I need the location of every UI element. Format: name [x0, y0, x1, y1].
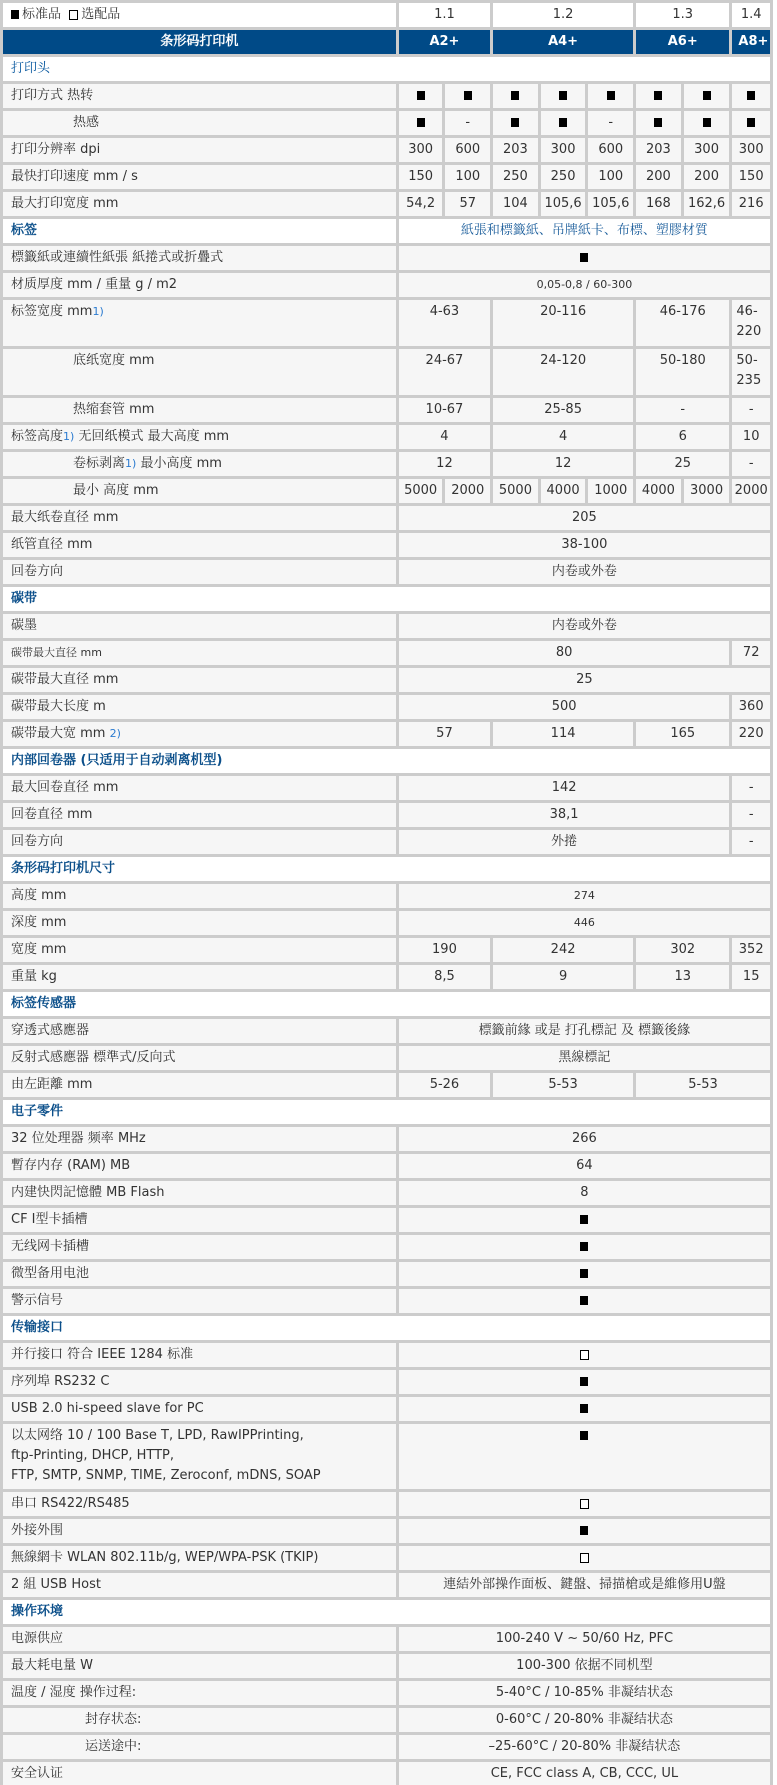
cell-value: 64	[399, 1154, 770, 1178]
version-a6: 1.3	[636, 3, 729, 27]
cell-value: 5-53	[636, 1073, 770, 1097]
table-row: 32 位处理器 频率 MHz 266	[3, 1127, 770, 1151]
cell-value: 標籤前緣 或是 打孔標記 及 標籤後緣	[399, 1019, 770, 1043]
section-labels: 标签 紙張和標籤紙、吊牌紙卡、布標、塑膠材質	[3, 219, 770, 243]
cell-value: 100	[588, 165, 633, 189]
cell-value: 300	[541, 138, 586, 162]
footnote-marker: 2)	[110, 727, 121, 740]
cell-value: 300	[732, 138, 770, 162]
cell-value: 300	[684, 138, 730, 162]
table-row: 内建快閃記憶體 MB Flash 8	[3, 1181, 770, 1205]
table-row: 微型备用电池	[3, 1262, 770, 1286]
cell-value: 105,6	[588, 192, 633, 216]
cell-value: 10	[732, 425, 770, 449]
row-label: 最大打印宽度 mm	[3, 192, 396, 216]
cell-value: 8	[399, 1181, 770, 1205]
table-row: 碳带最大直径 mm 80 72	[3, 641, 770, 665]
cell-value: 203	[636, 138, 681, 162]
table-row: 回卷方向 内卷或外卷	[3, 560, 770, 584]
cell-value: -	[732, 830, 770, 854]
cell-value: 190	[399, 938, 490, 962]
section-title: 内部回卷器 (只适用于自动剥离机型)	[3, 749, 770, 773]
header-title: 条形码打印机	[3, 30, 396, 54]
section-title: 碳带	[3, 587, 770, 611]
cell-value: 165	[636, 722, 729, 746]
cell-value: 24-67	[399, 349, 490, 395]
row-label: 暫存内存 (RAM) MB	[3, 1154, 396, 1178]
model-a6: A6+	[636, 30, 729, 54]
cell-value: 4-63	[399, 300, 490, 346]
cell-value: 54,2	[399, 192, 443, 216]
section-sensors: 标签传感器	[3, 992, 770, 1016]
cell-value: 600	[445, 138, 490, 162]
cell-value: 24-120	[493, 349, 633, 395]
row-label: CF I型卡插槽	[3, 1208, 396, 1232]
row-label: 序列埠 RS232 C	[3, 1370, 396, 1394]
table-row: 最大耗电量 W 100-300 依据不同机型	[3, 1654, 770, 1678]
cell-value: 72	[732, 641, 770, 665]
table-row: 并行接口 符合 IEEE 1284 标准	[3, 1343, 770, 1367]
row-label: 最大纸卷直径 mm	[3, 506, 396, 530]
table-row: 卷标剥离1) 最小高度 mm 12 12 25 -	[3, 452, 770, 476]
row-label: 反射式感應器 標準式/反向式	[3, 1046, 396, 1070]
row-label: 最大耗电量 W	[3, 1654, 396, 1678]
cell-value: 20-116	[493, 300, 633, 346]
row-label: 封存状态:	[3, 1708, 396, 1732]
cell-value: 220	[732, 722, 770, 746]
cell-value: 外捲	[399, 830, 730, 854]
cell-value: 5-40°C / 10-85% 非凝结状态	[399, 1681, 770, 1705]
cell-value: 200	[684, 165, 730, 189]
standard-square-icon	[684, 111, 730, 135]
table-row: 最大纸卷直径 mm 205	[3, 506, 770, 530]
row-label: 碳带最大直径 mm	[3, 668, 396, 692]
standard-square-icon	[399, 1397, 770, 1421]
footnote-marker: 1)	[125, 457, 136, 470]
table-row: 回卷方向 外捲 -	[3, 830, 770, 854]
table-row: 外接外围	[3, 1519, 770, 1543]
row-label: 打印方式 热转	[3, 84, 396, 108]
cell-value: 266	[399, 1127, 770, 1151]
cell-value: 4000	[541, 479, 586, 503]
standard-square-icon	[399, 246, 770, 270]
cell-value: 242	[493, 938, 633, 962]
section-title: 打印头	[3, 57, 770, 81]
row-label: 卷标剥离1) 最小高度 mm	[3, 452, 396, 476]
cell-value: CE, FCC class A, CB, CCC, UL	[399, 1762, 770, 1785]
model-a4: A4+	[493, 30, 633, 54]
standard-square-icon	[399, 1235, 770, 1259]
cell-value: 5000	[399, 479, 443, 503]
cell-value: 25	[636, 452, 729, 476]
table-row: 標籤紙或連續性紙張 紙捲式或折疊式	[3, 246, 770, 270]
table-row: 深度 mm 446	[3, 911, 770, 935]
table-row: 碳墨 内卷或外卷	[3, 614, 770, 638]
cell-value: 0-60°C / 20-80% 非凝结状态	[399, 1708, 770, 1732]
table-row: 热缩套管 mm 10-67 25-85 - -	[3, 398, 770, 422]
standard-square-icon	[399, 1519, 770, 1543]
standard-square-icon	[684, 84, 730, 108]
table-row: 封存状态: 0-60°C / 20-80% 非凝结状态	[3, 1708, 770, 1732]
standard-square-icon	[399, 1370, 770, 1394]
cell-value: 38,1	[399, 803, 730, 827]
cell-value: 203	[493, 138, 538, 162]
cell-value: 446	[399, 911, 770, 935]
row-label: 微型备用电池	[3, 1262, 396, 1286]
cell-value: 3000	[684, 479, 730, 503]
section-printhead: 打印头	[3, 57, 770, 81]
table-row: 热感 - -	[3, 111, 770, 135]
row-label: 32 位处理器 频率 MHz	[3, 1127, 396, 1151]
table-row: 无线网卡插槽	[3, 1235, 770, 1259]
row-label: 温度 / 湿度 操作过程:	[3, 1681, 396, 1705]
cell-value: 142	[399, 776, 730, 800]
cell-value: 内卷或外卷	[399, 614, 770, 638]
standard-square-icon	[399, 1424, 770, 1489]
row-label: 最大回卷直径 mm	[3, 776, 396, 800]
cell-value: 100-240 V ~ 50/60 Hz, PFC	[399, 1627, 770, 1651]
version-a8: 1.4	[732, 3, 770, 27]
cell-value: 150	[732, 165, 770, 189]
table-row: 警示信号	[3, 1289, 770, 1313]
cell-value: 168	[636, 192, 681, 216]
section-dimensions: 条形码打印机尺寸	[3, 857, 770, 881]
optional-square-icon	[399, 1546, 770, 1570]
row-label: 回卷方向	[3, 830, 396, 854]
cell-value: 38-100	[399, 533, 770, 557]
table-row: 宽度 mm 190 242 302 352	[3, 938, 770, 962]
legend-cell: 标准品 选配品	[3, 3, 396, 27]
section-interfaces: 传输接口	[3, 1316, 770, 1340]
cell-value: 57	[445, 192, 490, 216]
cell-value: 黑線標記	[399, 1046, 770, 1070]
standard-square-icon	[588, 84, 633, 108]
cell-value: 2000	[445, 479, 490, 503]
header-row: 条形码打印机 A2+ A4+ A6+ A8+	[3, 30, 770, 54]
row-label: 底纸宽度 mm	[3, 349, 396, 395]
section-title: 操作环境	[3, 1600, 770, 1624]
cell-value: 25-85	[493, 398, 633, 422]
row-label: 外接外围	[3, 1519, 396, 1543]
row-label: 2 組 USB Host	[3, 1573, 396, 1597]
table-row: 無線網卡 WLAN 802.11b/g, WEP/WPA-PSK (TKIP)	[3, 1546, 770, 1570]
row-label: 最快打印速度 mm / s	[3, 165, 396, 189]
section-title: 标签	[3, 219, 396, 243]
table-row: 碳带最大直径 mm 25	[3, 668, 770, 692]
standard-square-icon	[399, 111, 443, 135]
cell-value: 600	[588, 138, 633, 162]
cell-value: 114	[493, 722, 633, 746]
table-row: 打印方式 热转	[3, 84, 770, 108]
cell-value: 9	[493, 965, 633, 989]
row-label: 材质厚度 mm / 重量 g / m2	[3, 273, 396, 297]
standard-square-icon	[541, 84, 586, 108]
standard-square-icon	[445, 84, 490, 108]
optional-square-icon	[399, 1492, 770, 1516]
cell-value: 200	[636, 165, 681, 189]
row-label: 回卷方向	[3, 560, 396, 584]
row-label: USB 2.0 hi-speed slave for PC	[3, 1397, 396, 1421]
row-label: 标签宽度 mm1)	[3, 300, 396, 346]
footnote-marker: 1)	[92, 305, 103, 318]
cell-value: 105,6	[541, 192, 586, 216]
cell-value: 162,6	[684, 192, 730, 216]
cell-value: -	[636, 398, 729, 422]
table-row: 温度 / 湿度 操作过程: 5-40°C / 10-85% 非凝结状态	[3, 1681, 770, 1705]
row-label: 最小 高度 mm	[3, 479, 396, 503]
standard-square-icon	[493, 84, 538, 108]
cell-value: 100-300 依据不同机型	[399, 1654, 770, 1678]
table-row: USB 2.0 hi-speed slave for PC	[3, 1397, 770, 1421]
cell-value: 57	[399, 722, 490, 746]
cell-value: -	[732, 803, 770, 827]
row-label: 标签高度1) 无回纸模式 最大高度 mm	[3, 425, 396, 449]
table-row: 打印分辨率 dpi 300 600 203 300 600 203 300 30…	[3, 138, 770, 162]
cell-value: 46-220	[732, 300, 770, 346]
cell-value: 50-235	[732, 349, 770, 395]
cell-value: 216	[732, 192, 770, 216]
cell-value: 4000	[636, 479, 681, 503]
cell-value: 274	[399, 884, 770, 908]
table-row: 回卷直径 mm 38,1 -	[3, 803, 770, 827]
standard-square-icon	[399, 84, 443, 108]
table-row: 碳带最大宽 mm 2) 57 114 165 220	[3, 722, 770, 746]
standard-square-icon	[493, 111, 538, 135]
section-title: 电子零件	[3, 1100, 770, 1124]
row-label: 宽度 mm	[3, 938, 396, 962]
cell-value: 46-176	[636, 300, 729, 346]
standard-square-icon	[732, 111, 770, 135]
table-row: 暫存内存 (RAM) MB 64	[3, 1154, 770, 1178]
cell-value: -	[445, 111, 490, 135]
row-label: 深度 mm	[3, 911, 396, 935]
row-label: 打印分辨率 dpi	[3, 138, 396, 162]
optional-square-icon	[399, 1343, 770, 1367]
row-label: 内建快閃記憶體 MB Flash	[3, 1181, 396, 1205]
row-label: 以太网络 10 / 100 Base T, LPD, RawIPPrinting…	[3, 1424, 396, 1489]
row-label: 穿透式感應器	[3, 1019, 396, 1043]
table-row: 高度 mm 274	[3, 884, 770, 908]
cell-value: 500	[399, 695, 730, 719]
table-row: 以太网络 10 / 100 Base T, LPD, RawIPPrinting…	[3, 1424, 770, 1489]
row-label: 电源供应	[3, 1627, 396, 1651]
section-rewinder: 内部回卷器 (只适用于自动剥离机型)	[3, 749, 770, 773]
row-label: 由左距離 mm	[3, 1073, 396, 1097]
table-row: 重量 kg 8,5 9 13 15	[3, 965, 770, 989]
row-label: 运送途中:	[3, 1735, 396, 1759]
row-label: 無線網卡 WLAN 802.11b/g, WEP/WPA-PSK (TKIP)	[3, 1546, 396, 1570]
cell-value: 302	[636, 938, 729, 962]
standard-square-icon	[541, 111, 586, 135]
spec-table: 标准品 选配品 1.1 1.2 1.3 1.4 条形码打印机 A2+ A4+ A…	[0, 0, 773, 1785]
standard-square-icon	[399, 1208, 770, 1232]
cell-value: 5-53	[493, 1073, 633, 1097]
table-row: 由左距離 mm 5-26 5-53 5-53	[3, 1073, 770, 1097]
cell-value: 360	[732, 695, 770, 719]
table-row: 最快打印速度 mm / s 150 100 250 250 100 200 20…	[3, 165, 770, 189]
cell-value: 4	[399, 425, 490, 449]
cell-value: 300	[399, 138, 443, 162]
table-row: 安全认证 CE, FCC class A, CB, CCC, UL	[3, 1762, 770, 1785]
section-ribbon: 碳带	[3, 587, 770, 611]
model-a2: A2+	[399, 30, 490, 54]
cell-value: 0,05-0,8 / 60-300	[399, 273, 770, 297]
cell-value: 10-67	[399, 398, 490, 422]
cell-value: 13	[636, 965, 729, 989]
row-label: 碳带最大直径 mm	[3, 641, 396, 665]
row-label: 碳带最大宽 mm 2)	[3, 722, 396, 746]
cell-value: -	[732, 398, 770, 422]
cell-value: -	[732, 776, 770, 800]
row-label: 重量 kg	[3, 965, 396, 989]
version-a2: 1.1	[399, 3, 490, 27]
row-label: 碳墨	[3, 614, 396, 638]
row-label: 安全认证	[3, 1762, 396, 1785]
label-materials: 紙張和標籤紙、吊牌紙卡、布標、塑膠材質	[399, 219, 770, 243]
cell-value: 8,5	[399, 965, 490, 989]
standard-square-icon	[399, 1262, 770, 1286]
cell-value: 15	[732, 965, 770, 989]
cell-value: 250	[541, 165, 586, 189]
cell-value: 12	[493, 452, 633, 476]
table-row: 最大打印宽度 mm 54,2 57 104 105,6 105,6 168 16…	[3, 192, 770, 216]
table-row: 穿透式感應器 標籤前緣 或是 打孔標記 及 標籤後緣	[3, 1019, 770, 1043]
legend-standard-label: 标准品	[22, 7, 61, 22]
cell-value: –25-60°C / 20-80% 非凝结状态	[399, 1735, 770, 1759]
table-row: 序列埠 RS232 C	[3, 1370, 770, 1394]
section-title: 标签传感器	[3, 992, 770, 1016]
cell-value: 25	[399, 668, 770, 692]
cell-value: 5000	[493, 479, 538, 503]
cell-value: 5-26	[399, 1073, 490, 1097]
table-row: 串口 RS422/RS485	[3, 1492, 770, 1516]
table-row: 最大回卷直径 mm 142 -	[3, 776, 770, 800]
cell-value: 1000	[588, 479, 633, 503]
cell-value: 4	[493, 425, 633, 449]
standard-square-icon	[636, 84, 681, 108]
standard-square-icon	[732, 84, 770, 108]
standard-square-icon	[11, 10, 19, 19]
model-a8: A8+	[732, 30, 770, 54]
table-row: 标签宽度 mm1) 4-63 20-116 46-176 46-220	[3, 300, 770, 346]
cell-value: 連結外部操作面板、鍵盤、掃描槍或是維修用U盤	[399, 1573, 770, 1597]
table-row: CF I型卡插槽	[3, 1208, 770, 1232]
table-row: 标签高度1) 无回纸模式 最大高度 mm 4 4 6 10	[3, 425, 770, 449]
cell-value: 12	[399, 452, 490, 476]
table-row: 反射式感應器 標準式/反向式 黑線標記	[3, 1046, 770, 1070]
standard-square-icon	[399, 1289, 770, 1313]
section-title: 传输接口	[3, 1316, 770, 1340]
version-a4: 1.2	[493, 3, 633, 27]
cell-value: 205	[399, 506, 770, 530]
cell-value: 100	[445, 165, 490, 189]
section-electronics: 电子零件	[3, 1100, 770, 1124]
row-label: 热感	[3, 111, 396, 135]
cell-value: 50-180	[636, 349, 729, 395]
cell-value: 250	[493, 165, 538, 189]
cell-value: 80	[399, 641, 730, 665]
row-label: 串口 RS422/RS485	[3, 1492, 396, 1516]
legend-optional-label: 选配品	[81, 7, 120, 22]
table-row: 运送途中: –25-60°C / 20-80% 非凝结状态	[3, 1735, 770, 1759]
row-label: 纸管直径 mm	[3, 533, 396, 557]
cell-value: 352	[732, 938, 770, 962]
row-label: 碳带最大长度 m	[3, 695, 396, 719]
table-row: 2 組 USB Host 連結外部操作面板、鍵盤、掃描槍或是維修用U盤	[3, 1573, 770, 1597]
footnote-marker: 1)	[63, 430, 74, 443]
table-row: 纸管直径 mm 38-100	[3, 533, 770, 557]
cell-value: 150	[399, 165, 443, 189]
cell-value: 104	[493, 192, 538, 216]
table-row: 底纸宽度 mm 24-67 24-120 50-180 50-235	[3, 349, 770, 395]
row-label: 回卷直径 mm	[3, 803, 396, 827]
row-label: 并行接口 符合 IEEE 1284 标准	[3, 1343, 396, 1367]
section-title: 条形码打印机尺寸	[3, 857, 770, 881]
cell-value: 6	[636, 425, 729, 449]
row-label: 高度 mm	[3, 884, 396, 908]
row-label: 標籤紙或連續性紙張 紙捲式或折疊式	[3, 246, 396, 270]
cell-value: 内卷或外卷	[399, 560, 770, 584]
table-row: 最小 高度 mm 5000 2000 5000 4000 1000 4000 3…	[3, 479, 770, 503]
legend-row: 标准品 选配品 1.1 1.2 1.3 1.4	[3, 3, 770, 27]
table-row: 碳带最大长度 m 500 360	[3, 695, 770, 719]
row-label: 警示信号	[3, 1289, 396, 1313]
cell-value: -	[588, 111, 633, 135]
row-label: 热缩套管 mm	[3, 398, 396, 422]
section-environment: 操作环境	[3, 1600, 770, 1624]
table-row: 材质厚度 mm / 重量 g / m2 0,05-0,8 / 60-300	[3, 273, 770, 297]
table-row: 电源供应 100-240 V ~ 50/60 Hz, PFC	[3, 1627, 770, 1651]
standard-square-icon	[636, 111, 681, 135]
cell-value: 2000	[732, 479, 770, 503]
optional-square-icon	[69, 10, 78, 20]
row-label: 无线网卡插槽	[3, 1235, 396, 1259]
cell-value: -	[732, 452, 770, 476]
